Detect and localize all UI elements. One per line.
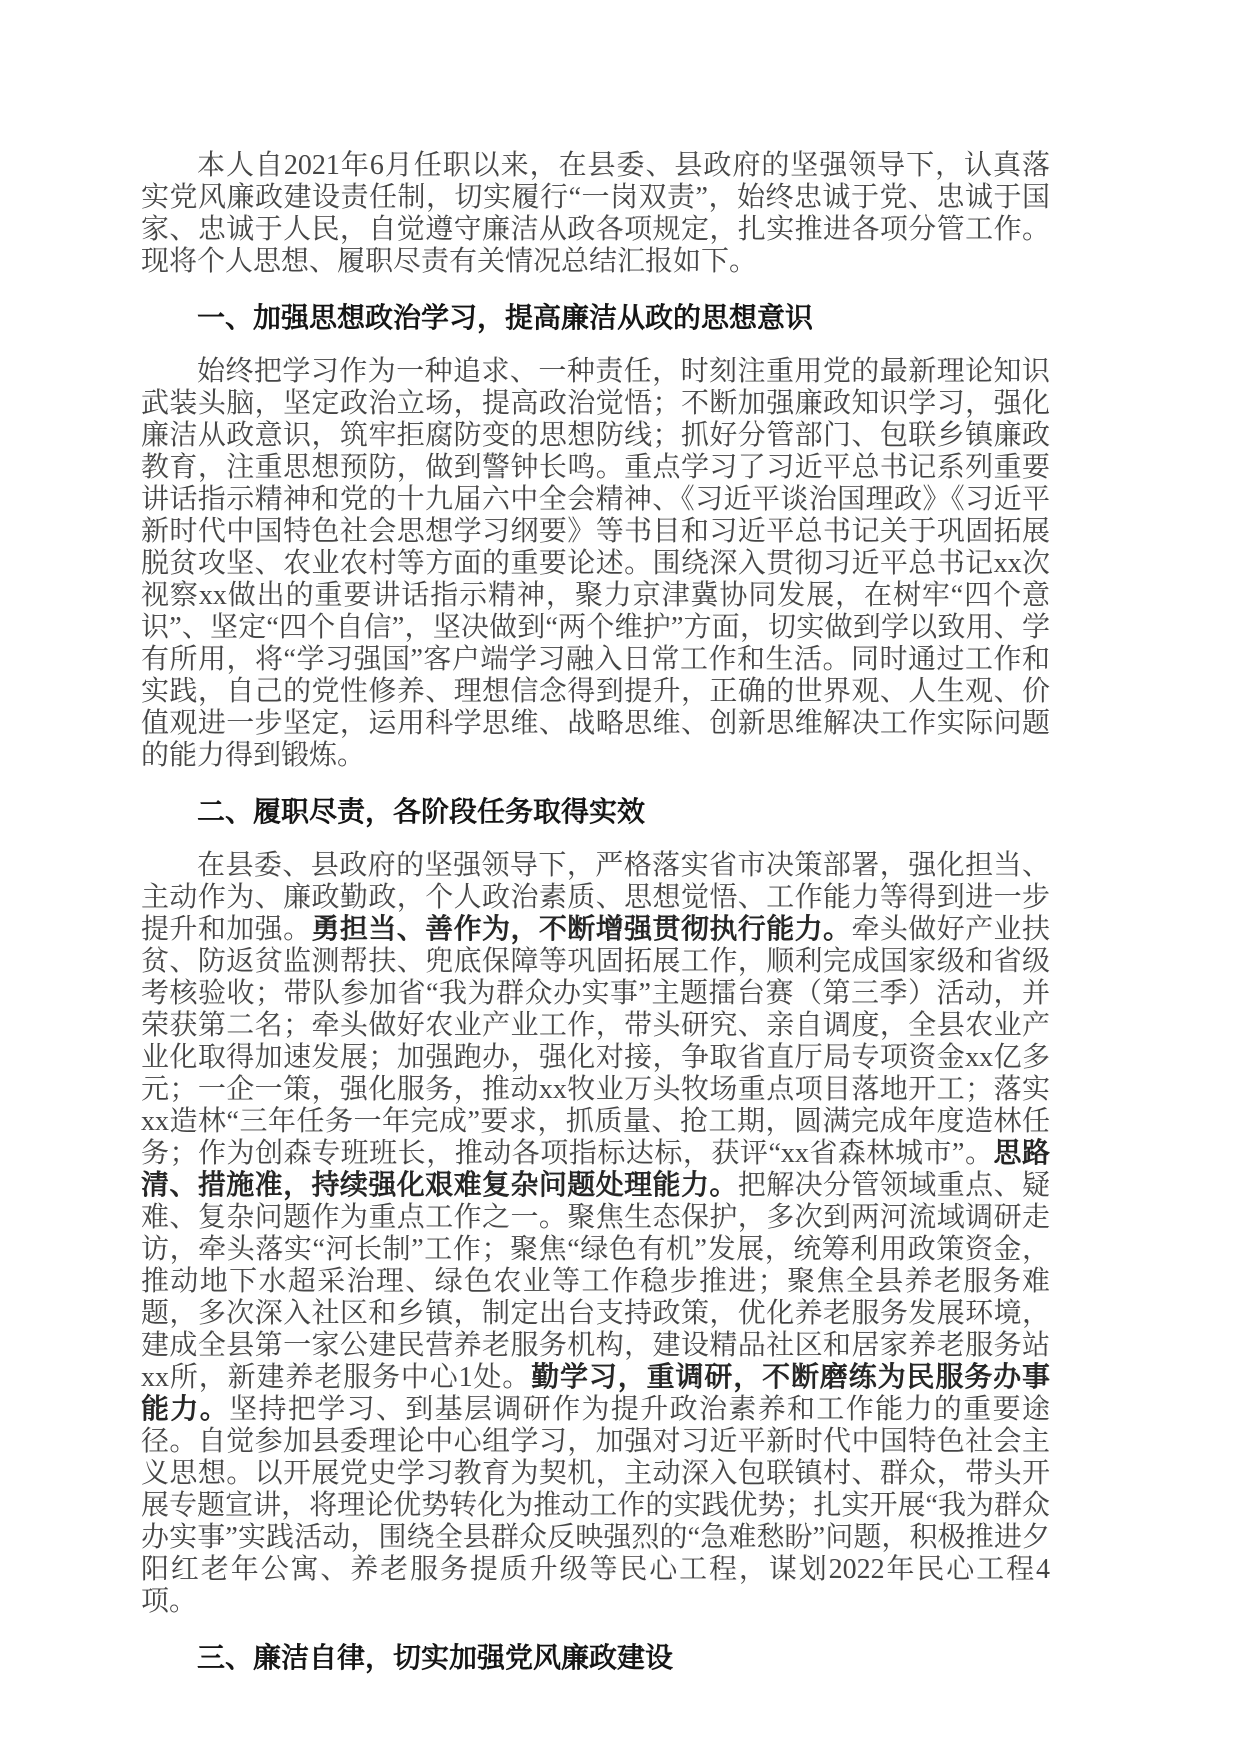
intro-text: 本人自2021年6月任职以来，在县委、县政府的坚强领导下，认真落实党风廉政建设责… — [141, 150, 1050, 277]
section-3-heading: 三、廉洁自律，切实加强党风廉政建设 — [141, 1642, 1050, 1674]
paragraph-section-2: 在县委、县政府的坚强领导下，严格落实省市决策部署，强化担当、主动作为、廉政勤政，… — [141, 850, 1050, 1618]
document-body: 本人自2021年6月任职以来，在县委、县政府的坚强领导下，认真落实党风廉政建设责… — [141, 150, 1050, 1674]
paragraph-section-1: 始终把学习作为一种追求、一种责任，时刻注重用党的最新理论知识武装头脑，坚定政治立… — [141, 356, 1050, 772]
section-1-heading: 一、加强思想政治学习，提高廉洁从政的思想意识 — [141, 302, 1050, 334]
section-2-run-bold: 勇担当、善作为，不断增强贯彻执行能力。 — [312, 914, 852, 945]
document-page: 本人自2021年6月任职以来，在县委、县政府的坚强领导下，认真落实党风廉政建设责… — [0, 0, 1240, 1754]
section-2-run-plain: 牵头做好产业扶贫、防返贫监测帮扶、兜底保障等巩固拓展工作，顺利完成国家级和省级考… — [141, 914, 1050, 1169]
paragraph-intro: 本人自2021年6月任职以来，在县委、县政府的坚强领导下，认真落实党风廉政建设责… — [141, 150, 1050, 278]
section-2-run-plain: 坚持把学习、到基层调研作为提升政治素养和工作能力的重要途径。自觉参加县委理论中心… — [141, 1394, 1050, 1617]
section-1-text: 始终把学习作为一种追求、一种责任，时刻注重用党的最新理论知识武装头脑，坚定政治立… — [141, 356, 1050, 771]
section-2-heading: 二、履职尽责，各阶段任务取得实效 — [141, 796, 1050, 828]
section-2-run-plain: 把解决分管领域重点、疑难、复杂问题作为重点工作之一。聚焦生态保护，多次到两河流域… — [141, 1170, 1050, 1393]
